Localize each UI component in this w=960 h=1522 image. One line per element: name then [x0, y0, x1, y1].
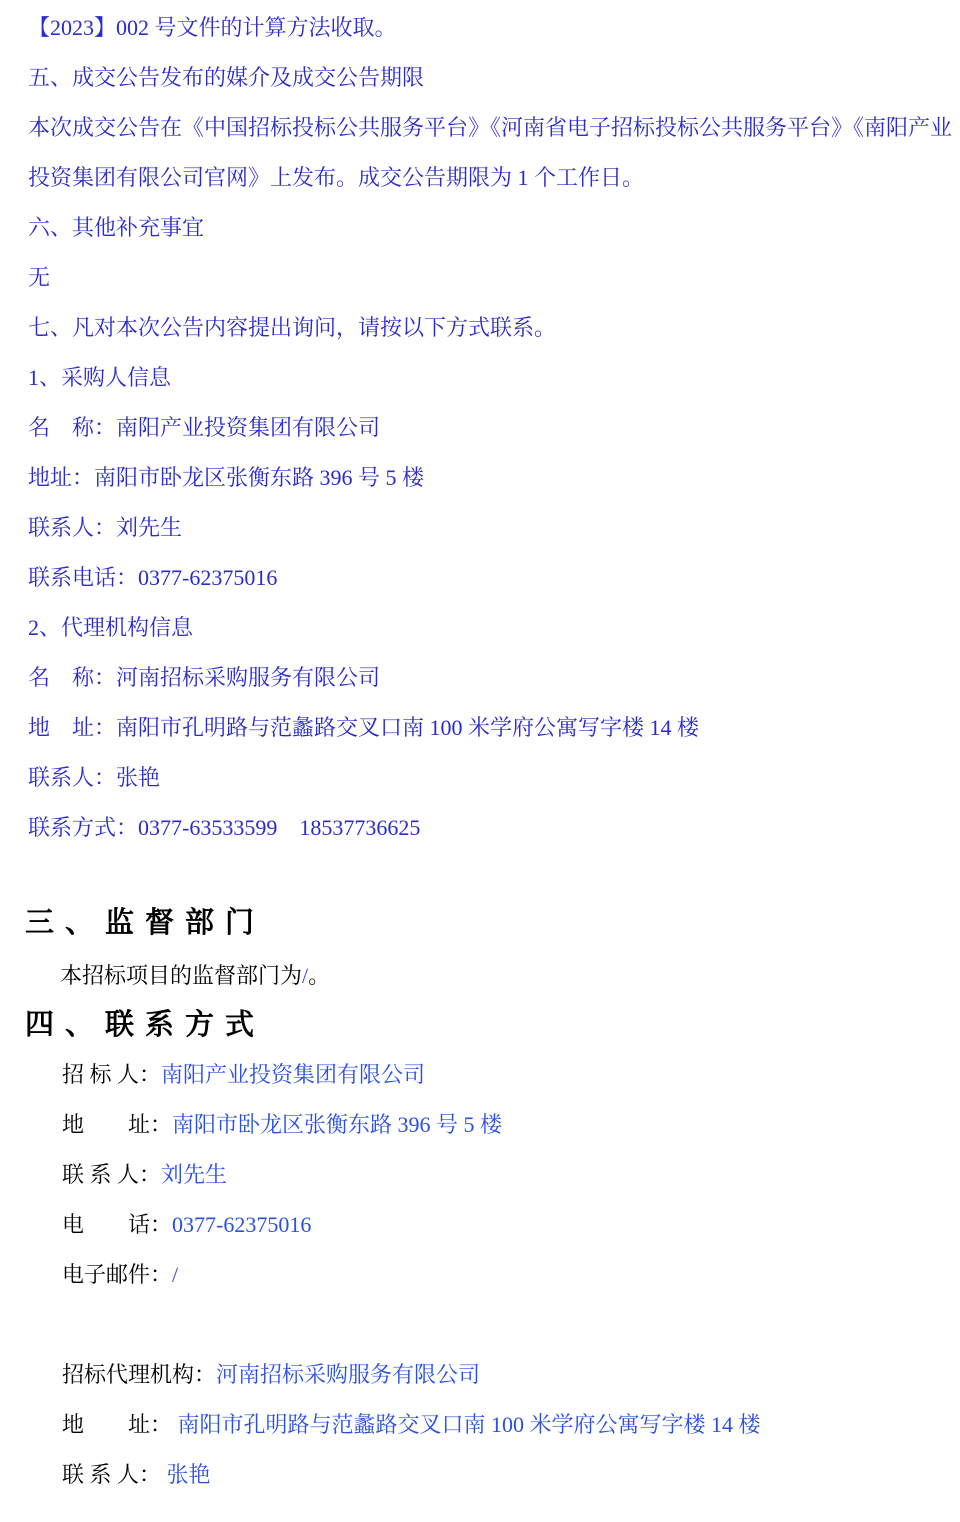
tenderer-name-row: 招 标 人：南阳产业投资集团有限公司: [62, 1050, 942, 1100]
doc-line-section6-heading: 六、其他补充事宜: [28, 203, 958, 253]
doc-line-section7-heading: 七、凡对本次公告内容提出询问，请按以下方式联系。: [28, 303, 958, 353]
agency-contact-rows: 招标代理机构：河南招标采购服务有限公司 地 址： 南阳市孔明路与范蠡路交叉口南 …: [62, 1350, 942, 1500]
doc-line-agency-contact: 联系人：张艳: [28, 753, 958, 803]
tenderer-phone-label: 电 话：: [62, 1212, 172, 1237]
tenderer-email-row: 电子邮件：/: [62, 1250, 942, 1300]
tenderer-contact-rows: 招 标 人：南阳产业投资集团有限公司 地 址：南阳市卧龙区张衡东路 396 号 …: [62, 1050, 942, 1300]
doc-line-agency-info-heading: 2、代理机构信息: [28, 603, 958, 653]
supervision-text: 本招标项目的监督部门为: [60, 963, 302, 988]
agency-name-label: 招标代理机构：: [62, 1362, 216, 1387]
tenderer-address-label: 地 址：: [62, 1112, 172, 1137]
tenderer-phone-row: 电 话：0377-62375016: [62, 1200, 942, 1250]
agency-address-label: 地 址：: [62, 1412, 172, 1437]
doc-line-agency-phone: 联系方式：0377-63533599 18537736625: [28, 803, 958, 853]
tenderer-contact-person-row: 联 系 人：刘先生: [62, 1150, 942, 1200]
tenderer-address-value: 南阳市卧龙区张衡东路 396 号 5 楼: [172, 1112, 502, 1137]
doc-line-purchaser-info-heading: 1、采购人信息: [28, 353, 958, 403]
agency-name-row: 招标代理机构：河南招标采购服务有限公司: [62, 1350, 942, 1400]
procurement-announcement-page: 【2023】002 号文件的计算方法收取。 五、成交公告发布的媒介及成交公告期限…: [0, 0, 960, 1522]
agency-contact-person-row: 联 系 人： 张艳: [62, 1450, 942, 1500]
tenderer-address-row: 地 址：南阳市卧龙区张衡东路 396 号 5 楼: [62, 1100, 942, 1150]
doc-line-purchaser-contact: 联系人：刘先生: [28, 503, 958, 553]
doc-line-purchaser-phone: 联系电话：0377-62375016: [28, 553, 958, 603]
section-heading-supervision: 三、监督部门: [25, 906, 265, 940]
agency-name-value: 河南招标采购服务有限公司: [216, 1362, 480, 1387]
agency-address-row: 地 址： 南阳市孔明路与范蠡路交叉口南 100 米学府公寓写字楼 14 楼: [62, 1400, 942, 1450]
doc-line-section5-heading: 五、成交公告发布的媒介及成交公告期限: [28, 53, 958, 103]
announcement-top-text: 【2023】002 号文件的计算方法收取。 五、成交公告发布的媒介及成交公告期限…: [28, 3, 958, 853]
supervision-body: 本招标项目的监督部门为/。: [60, 958, 330, 994]
tenderer-email-label: 电子邮件：: [62, 1262, 172, 1287]
tenderer-contact-person-value: 刘先生: [161, 1162, 227, 1187]
supervision-punct: 。: [308, 963, 330, 988]
tenderer-email-value: /: [172, 1262, 178, 1287]
section-heading-contact: 四、联系方式: [25, 1008, 265, 1042]
doc-line-none: 无: [28, 253, 958, 303]
doc-line-agency-name: 名 称：河南招标采购服务有限公司: [28, 653, 958, 703]
tenderer-name-label: 招 标 人：: [62, 1062, 161, 1087]
doc-line-purchaser-address: 地址：南阳市卧龙区张衡东路 396 号 5 楼: [28, 453, 958, 503]
agency-contact-person-label: 联 系 人：: [62, 1462, 161, 1487]
doc-line-purchaser-name: 名 称：南阳产业投资集团有限公司: [28, 403, 958, 453]
agency-address-value: 南阳市孔明路与范蠡路交叉口南 100 米学府公寓写字楼 14 楼: [172, 1412, 761, 1437]
tenderer-contact-person-label: 联 系 人：: [62, 1162, 161, 1187]
doc-line: 【2023】002 号文件的计算方法收取。: [28, 3, 958, 53]
doc-line-publish-media: 本次成交公告在《中国招标投标公共服务平台》《河南省电子招标投标公共服务平台》《南…: [28, 103, 958, 203]
tenderer-name-value: 南阳产业投资集团有限公司: [161, 1062, 425, 1087]
tenderer-phone-value: 0377-62375016: [172, 1212, 311, 1237]
doc-line-agency-address: 地 址：南阳市孔明路与范蠡路交叉口南 100 米学府公寓写字楼 14 楼: [28, 703, 958, 753]
agency-contact-person-value: 张艳: [161, 1462, 211, 1487]
